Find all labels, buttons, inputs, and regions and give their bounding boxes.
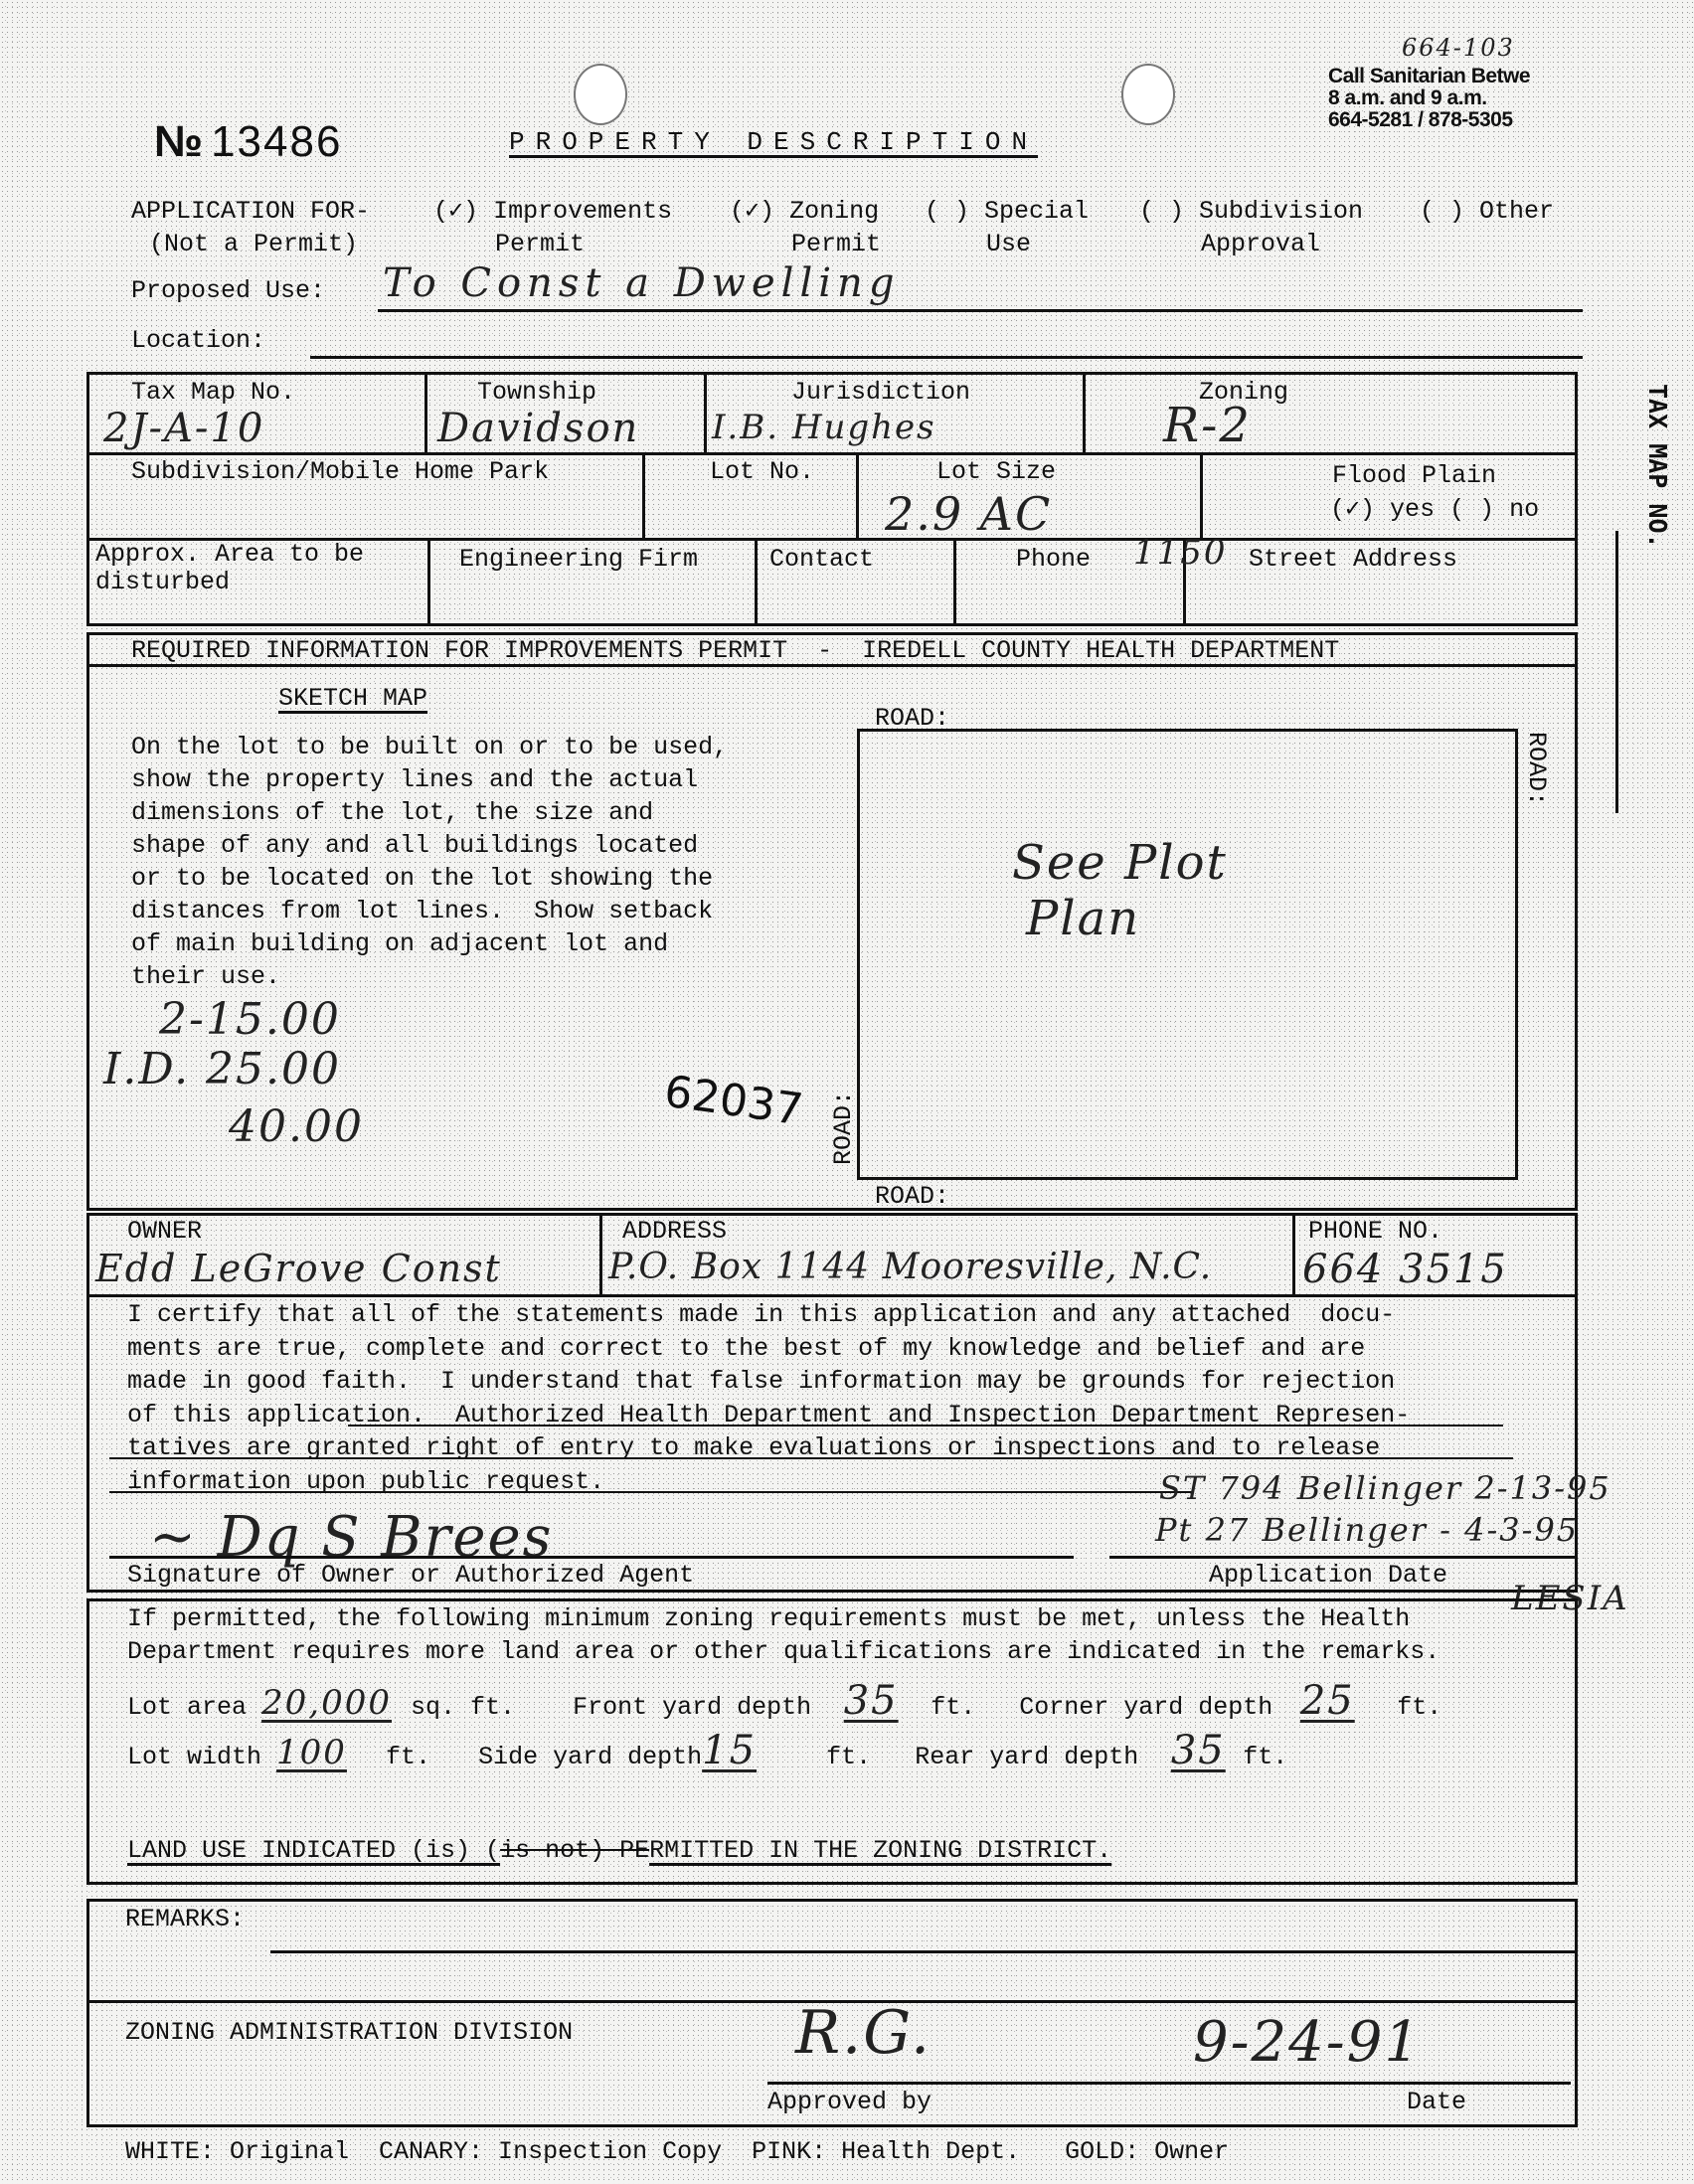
jurisdiction-value[interactable]: I.B. Hughes (712, 408, 936, 447)
lot-no-label: Lot No. (710, 455, 814, 488)
jurisdiction-label: Jurisdiction (791, 376, 970, 409)
sketch-map-title: SKETCH MAP (278, 682, 427, 715)
tax-map-value[interactable]: 2J-A-10 (103, 406, 264, 451)
signature-label: Signature of Owner or Authorized Agent (127, 1559, 694, 1592)
rear-yard-value[interactable]: 35 (1153, 1735, 1243, 1767)
checkbox-special-use[interactable]: ( ) (925, 197, 969, 226)
fee-line-3: 40.00 (229, 1101, 364, 1152)
lot-area-row: Lot area 20,000sq. ft. Front yard depth … (127, 1685, 1441, 1724)
remarks-label: REMARKS: (125, 1903, 245, 1935)
township-label: Township (477, 376, 596, 409)
side-tax-map-line[interactable] (1615, 531, 1618, 813)
proposed-use-value[interactable]: To Const a Dwelling (383, 260, 900, 306)
page-title: PROPERTY DESCRIPTION (509, 127, 1038, 157)
approval-line (767, 2082, 1571, 2085)
date-label: Date (1407, 2086, 1466, 2118)
engineering-firm-label: Engineering Firm (459, 543, 698, 576)
zoning-division-label: ZONING ADMINISTRATION DIVISION (125, 2016, 573, 2049)
location-label: Location: (131, 324, 265, 357)
sketch-note: See Plot Plan (1012, 835, 1228, 946)
phone-value[interactable]: 1150 (1133, 533, 1228, 573)
land-use-statement: LAND USE INDICATED (is) (is not) PERMITT… (127, 1834, 1111, 1867)
approved-by-signature[interactable]: R.G. (795, 1998, 932, 2068)
remarks-line[interactable] (270, 1950, 1578, 1953)
side-yard-value[interactable]: 15 (702, 1735, 811, 1767)
zoning-intro: If permitted, the following minimum zoni… (127, 1602, 1440, 1668)
road-label-bottom: ROAD: (875, 1180, 949, 1213)
owner-value[interactable]: Edd LeGrove Const (95, 1247, 502, 1290)
checkbox-zoning[interactable]: (✓) (730, 197, 774, 226)
number-symbol: № (154, 117, 203, 166)
lot-width-row: Lot width 100ft. Side yard depth15 ft. R… (127, 1735, 1287, 1773)
application-date-label: Application Date (1209, 1559, 1447, 1592)
checkbox-other[interactable]: ( ) (1420, 197, 1464, 226)
punch-hole (1121, 64, 1175, 125)
address-label: ADDRESS (622, 1215, 727, 1248)
phone-no-label: PHONE NO. (1308, 1215, 1442, 1248)
lot-width-value[interactable]: 100 (276, 1737, 386, 1769)
checkbox-subdivision[interactable]: ( ) (1139, 197, 1184, 226)
punch-hole (574, 64, 627, 125)
front-yard-value[interactable]: 35 (826, 1685, 916, 1718)
phone-label: Phone (1016, 543, 1091, 576)
application-for-label: APPLICATION FOR- (Not a Permit) (131, 195, 370, 260)
sanitarian-note: Call Sanitarian Betwe 8 a.m. and 9 a.m. … (1328, 66, 1530, 131)
form-number: №13486 (154, 117, 342, 170)
sketch-map-box[interactable] (857, 729, 1518, 1180)
road-label-left: ROAD: (827, 1091, 860, 1165)
owner-label: OWNER (127, 1215, 202, 1248)
proposed-use-label: Proposed Use: (131, 274, 325, 307)
township-value[interactable]: Davidson (437, 406, 639, 451)
street-address-label: Street Address (1249, 543, 1457, 576)
owner-phone-value[interactable]: 664 3515 (1302, 1247, 1508, 1292)
area-disturbed-label: Approx. Area to be disturbed (95, 541, 364, 596)
land-use-struck: is not) PE (500, 1836, 649, 1865)
improvements-title: REQUIRED INFORMATION FOR IMPROVEMENTS PE… (131, 634, 1339, 667)
sketch-instructions: On the lot to be built on or to be used,… (131, 731, 728, 993)
approved-by-label: Approved by (767, 2086, 932, 2118)
certification-text: I certify that all of the statements mad… (127, 1298, 1410, 1498)
form-number-value: 13486 (211, 117, 342, 166)
fee-line-2: I.D. 25.00 (103, 1044, 341, 1094)
contact-label: Contact (769, 543, 874, 576)
copy-distribution: WHITE: Original CANARY: Inspection Copy … (125, 2135, 1229, 2168)
fee-line-1: 2-15.00 (159, 994, 341, 1045)
lot-area-value[interactable]: 20,000 (261, 1687, 411, 1720)
lot-size-value[interactable]: 2.9 AC (885, 487, 1052, 541)
flood-no-checkbox[interactable]: ( ) no (1449, 495, 1539, 524)
approval-date-value[interactable]: 9-24-91 (1193, 2010, 1422, 2075)
option-subdivision[interactable]: ( ) Subdivision Approval (1139, 195, 1363, 260)
corner-note: 664-103 (1402, 34, 1515, 62)
side-tax-map-label: TAX MAP NO. (1643, 384, 1672, 549)
option-zoning[interactable]: (✓) Zoning Permit (730, 195, 881, 260)
road-label-right: ROAD: (1520, 732, 1553, 806)
option-special-use[interactable]: ( ) Special Use (925, 195, 1089, 260)
flood-plain-options: (✓) yes ( ) no (1330, 493, 1539, 526)
flood-plain-label: Flood Plain (1332, 459, 1496, 492)
zoning-value[interactable]: R-2 (1163, 398, 1252, 453)
date-note-2: Pt 27 Bellinger - 4-3-95 (1155, 1511, 1579, 1549)
subdivision-label: Subdivision/Mobile Home Park (131, 455, 549, 488)
date-note-1: ST 794 Bellinger 2-13-95 (1159, 1469, 1611, 1507)
proposed-use-line (378, 309, 1583, 312)
option-improvements[interactable]: (✓) Improvements Permit (433, 195, 672, 260)
tax-map-label: Tax Map No. (131, 376, 295, 409)
corner-yard-value[interactable]: 25 (1272, 1685, 1382, 1718)
location-line[interactable] (310, 356, 1583, 359)
lot-size-label: Lot Size (936, 455, 1056, 488)
address-value[interactable]: P.O. Box 1144 Mooresville, N.C. (608, 1247, 1212, 1287)
flood-yes-checkbox[interactable]: (✓) yes (1330, 495, 1435, 524)
checkbox-improvements[interactable]: (✓) (433, 197, 478, 226)
option-other[interactable]: ( ) Other (1420, 195, 1554, 228)
